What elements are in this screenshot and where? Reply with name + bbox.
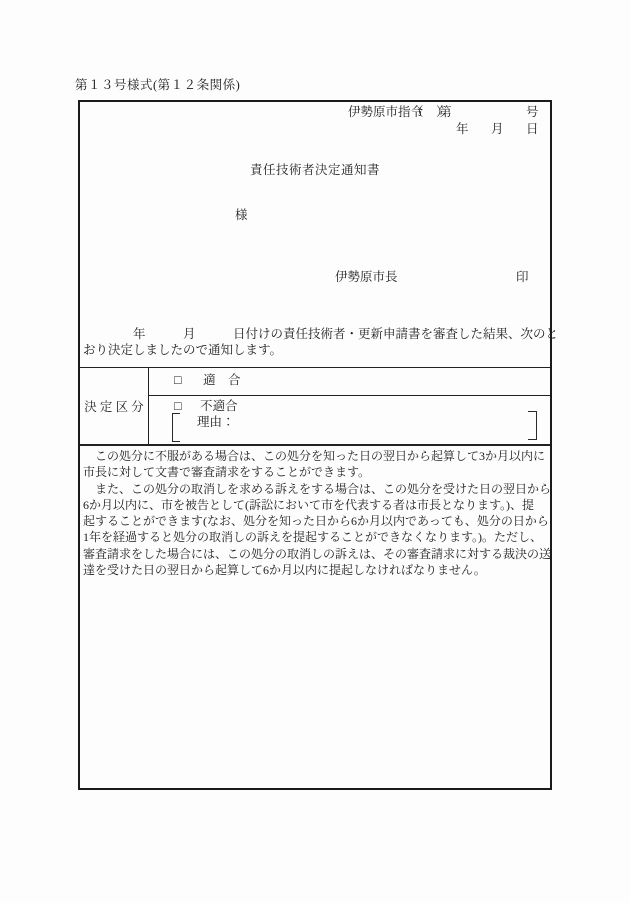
issuer-mayor-label: 伊勢原市長 bbox=[335, 270, 398, 285]
directive-number-prefix: 第 bbox=[439, 105, 452, 120]
appeal-notice: この処分に不服がある場合は、この処分を知った日の翌日から起算して3か月以内に 市… bbox=[83, 448, 548, 578]
fail-checkbox[interactable]: □ bbox=[174, 399, 182, 414]
notification-paragraph: 年 月 日付けの責任技術者・更新申請書を審査した結果、次のと おり決定しましたの… bbox=[83, 326, 547, 359]
pass-label: 適 合 bbox=[203, 373, 241, 388]
document-page: 第１３号様式(第１２条関係) 伊勢原市指令 （ ） 第 号 年 月 日 責任技術… bbox=[0, 0, 630, 903]
form-border-box: 伊勢原市指令 （ ） 第 号 年 月 日 責任技術者決定通知書 様 伊勢原市長 … bbox=[78, 100, 552, 790]
appeal-line: 1年を経過すると処分の取消しの訴えを提起することができなくなります。)。ただし、 bbox=[83, 529, 548, 545]
date-month-label: 月 bbox=[491, 122, 504, 137]
appeal-line: 起することができます(なお、処分を知った日から6か月以内であっても、処分の日から bbox=[83, 513, 548, 529]
appeal-line: 市長に対して文書で審査請求をすることができます。 bbox=[83, 464, 548, 480]
addressee-honorific: 様 bbox=[235, 208, 248, 223]
decision-options-column: □ 適 合 □ 不適合 理由： bbox=[149, 368, 550, 444]
date-day-label: 日 bbox=[526, 122, 539, 137]
decision-row-header: 決 定 区 分 bbox=[80, 368, 149, 444]
appeal-line: 6か月以内に、市を被告として(訴訟において市を代表する者は市長となります。)、提 bbox=[83, 497, 548, 513]
notification-line-1: 年 月 日付けの責任技術者・更新申請書を審査した結果、次のと bbox=[83, 326, 547, 342]
reason-bracket-right bbox=[528, 411, 537, 440]
decision-fail-row: □ 不適合 理由： bbox=[149, 396, 550, 444]
appeal-line: また、この処分の取消しを求める訴えをする場合は、この処分を受けた日の翌日から bbox=[83, 481, 548, 497]
decision-pass-row: □ 適 合 bbox=[149, 368, 550, 396]
directive-number-suffix: 号 bbox=[526, 105, 539, 120]
document-title: 責任技術者決定通知書 bbox=[80, 160, 550, 178]
pass-checkbox[interactable]: □ bbox=[174, 373, 182, 388]
appeal-line: 審査請求をした場合には、この処分の取消しの訴えは、その審査請求に対する裁決の送 bbox=[83, 546, 548, 562]
issuer-seal-mark: 印 bbox=[516, 270, 529, 285]
appeal-line: 達を受けた日の翌日から起算して6か月以内に提起しなければなりません。 bbox=[83, 562, 548, 578]
date-year-label: 年 bbox=[456, 122, 469, 137]
notification-line-2: おり決定しましたので通知します。 bbox=[83, 342, 547, 358]
fail-label: 不適合 bbox=[200, 399, 238, 414]
appeal-line: この処分に不服がある場合は、この処分を知った日の翌日から起算して3か月以内に bbox=[83, 448, 548, 464]
form-number-label: 第１３号様式(第１２条関係) bbox=[75, 75, 240, 93]
reason-bracket-left bbox=[172, 413, 180, 442]
reason-label: 理由： bbox=[197, 415, 235, 430]
decision-table: 決 定 区 分 □ 適 合 □ 不適合 理由： bbox=[80, 367, 550, 446]
